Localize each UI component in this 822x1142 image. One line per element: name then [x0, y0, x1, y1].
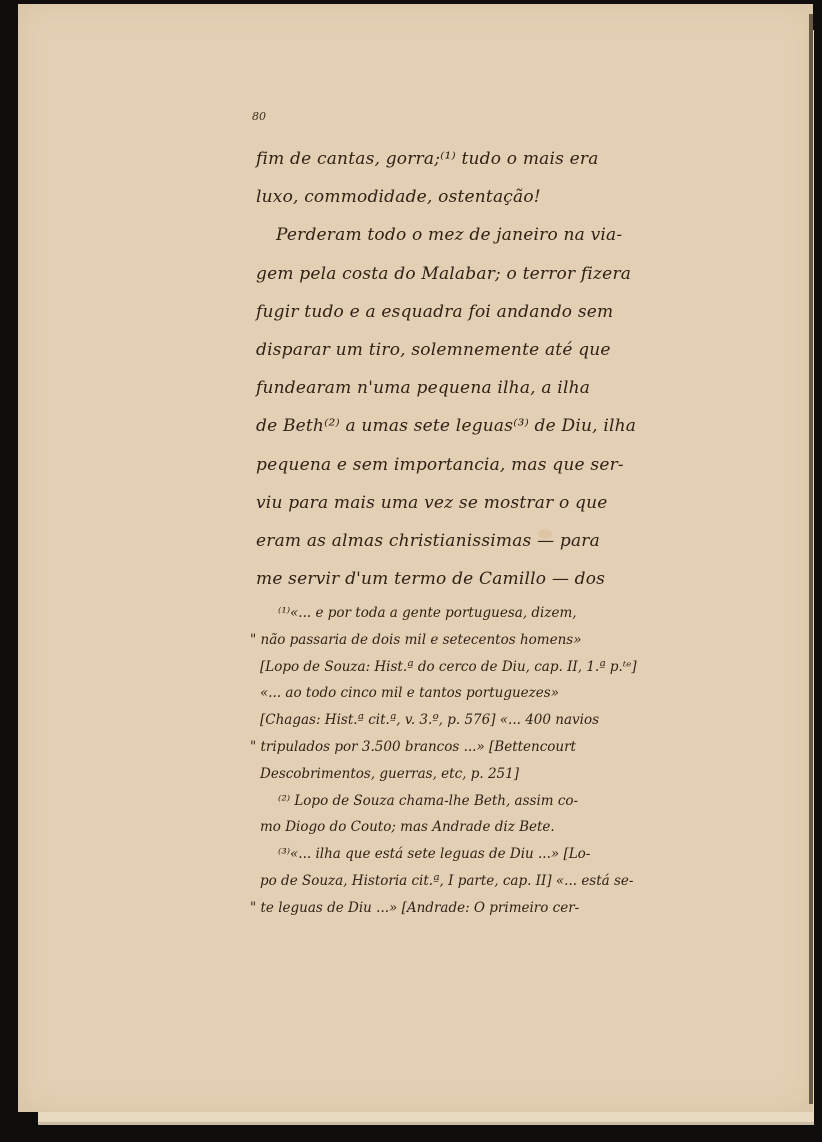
- page-number: 80: [252, 110, 266, 123]
- body-line: fundearam n'uma pequena ilha, a ilha: [256, 369, 716, 407]
- body-line: Perderam todo o mez de janeiro na via-: [256, 216, 716, 254]
- body-text: fim de cantas, gorra;⁽¹⁾ tudo o mais era…: [256, 140, 716, 598]
- body-line: fim de cantas, gorra;⁽¹⁾ tudo o mais era: [256, 140, 716, 178]
- body-line: me servir d'um termo de Camillo — dos: [256, 560, 716, 598]
- footnote-line: mo Diogo do Couto; mas Andrade diz Bete.: [260, 814, 750, 841]
- body-line: gem pela costa do Malabar; o terror fize…: [256, 255, 716, 293]
- body-line: disparar um tiro, solemnemente até que: [256, 331, 716, 369]
- footnote-line: [Lopo de Souza: Hist.ª do cerco de Diu, …: [260, 654, 750, 681]
- footnote-line: " não passaria de dois mil e setecentos …: [250, 627, 750, 654]
- body-line: fugir tudo e a esquadra foi andando sem: [256, 293, 716, 331]
- body-line: viu para mais uma vez se mostrar o que: [256, 484, 716, 522]
- footnote-line: " te leguas de Diu ...» [Andrade: O prim…: [250, 895, 750, 922]
- footnote-line: po de Souza, Historia cit.ª, I parte, ca…: [260, 868, 750, 895]
- footnote-line: «... ao todo cinco mil e tantos portugue…: [260, 680, 750, 707]
- scan-frame: 80 fim de cantas, gorra;⁽¹⁾ tudo o mais …: [0, 0, 822, 1142]
- footnote-line: [Chagas: Hist.ª cit.ª, v. 3.º, p. 576] «…: [260, 707, 750, 734]
- footnote-line: ⁽³⁾«... ilha que está sete leguas de Diu…: [260, 841, 750, 868]
- footnote-line: " tripulados por 3.500 brancos ...» [Bet…: [250, 734, 750, 761]
- body-line: pequena e sem importancia, mas que ser-: [256, 446, 716, 484]
- body-line: eram as almas christianissimas — para: [256, 522, 716, 560]
- footnotes: ⁽¹⁾«... e por toda a gente portuguesa, d…: [260, 600, 750, 922]
- footnote-line: Descobrimentos, guerras, etc, p. 251]: [260, 761, 750, 788]
- body-line: luxo, commodidade, ostentação!: [256, 178, 716, 216]
- body-line: de Beth⁽²⁾ a umas sete leguas⁽³⁾ de Diu,…: [256, 407, 716, 445]
- footnote-line: ⁽²⁾ Lopo de Souza chama-lhe Beth, assim …: [260, 788, 750, 815]
- footnote-line: ⁽¹⁾«... e por toda a gente portuguesa, d…: [260, 600, 750, 627]
